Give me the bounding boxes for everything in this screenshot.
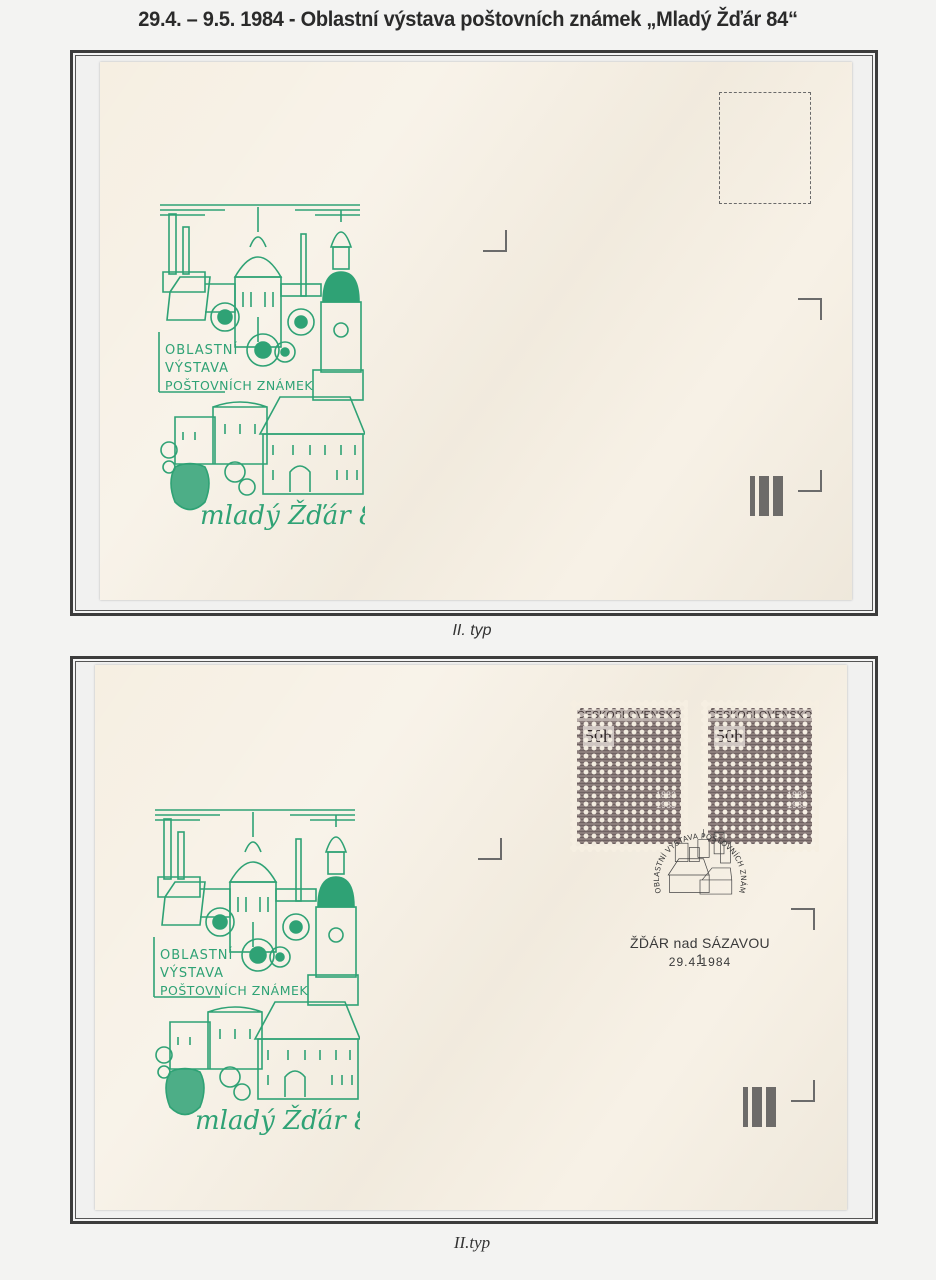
stamp-years: 18831983 bbox=[656, 790, 676, 810]
stamp-country: ČESKOSLOVENSKO bbox=[708, 709, 812, 721]
stamp-value: 50h bbox=[583, 726, 614, 747]
svg-text:mladý Žďár 84: mladý Žďár 84 bbox=[200, 499, 365, 531]
postal-code-bars bbox=[743, 1087, 776, 1127]
stamp-years: 18831983 bbox=[787, 790, 807, 810]
exhibition-cachet: OBLASTNÍ VÝSTAVA POŠTOVNÍCH ZNÁMEK mladý… bbox=[155, 202, 365, 532]
stamp-value: 50h bbox=[714, 726, 745, 747]
svg-text:OBLASTNÍ: OBLASTNÍ bbox=[160, 947, 233, 963]
stamp-placeholder-box bbox=[719, 92, 811, 204]
address-corner-mark bbox=[798, 470, 822, 492]
exhibition-cachet: OBLASTNÍ VÝSTAVA POŠTOVNÍCH ZNÁMEK mladý… bbox=[150, 807, 360, 1137]
svg-text:VÝSTAVA: VÝSTAVA bbox=[160, 965, 224, 981]
postal-code-bars bbox=[750, 476, 783, 516]
svg-text:VÝSTAVA: VÝSTAVA bbox=[165, 360, 229, 376]
address-corner-mark bbox=[791, 908, 815, 930]
svg-text:OBLASTNÍ VÝSTAVA POŠTOVNÍCH ZN: OBLASTNÍ VÝSTAVA POŠTOVNÍCH ZNÁMEK MLADÝ… bbox=[644, 815, 748, 895]
svg-text:mladý Žďár 84: mladý Žďár 84 bbox=[195, 1104, 360, 1136]
cover-caption-2: II.typ bbox=[372, 1233, 572, 1253]
svg-text:POŠTOVNÍCH ZNÁMEK: POŠTOVNÍCH ZNÁMEK bbox=[165, 378, 313, 393]
address-corner-mark bbox=[791, 1080, 815, 1102]
envelope-1: OBLASTNÍ VÝSTAVA POŠTOVNÍCH ZNÁMEK mladý… bbox=[100, 62, 852, 600]
address-corner-mark bbox=[483, 230, 507, 252]
postmark-ring: OBLASTNÍ VÝSTAVA POŠTOVNÍCH ZNÁMEK MLADÝ… bbox=[625, 815, 775, 935]
commemorative-postmark: OBLASTNÍ VÝSTAVA POŠTOVNÍCH ZNÁMEK MLADÝ… bbox=[625, 815, 775, 985]
svg-text:POŠTOVNÍCH ZNÁMEK: POŠTOVNÍCH ZNÁMEK bbox=[160, 983, 308, 998]
svg-text:OBLASTNÍ: OBLASTNÍ bbox=[165, 342, 238, 358]
address-corner-mark bbox=[798, 298, 822, 320]
cover-caption-1: II. typ bbox=[372, 622, 572, 640]
postmark-date: 29.4.1984 bbox=[625, 955, 775, 969]
address-corner-mark bbox=[478, 838, 502, 860]
cachet-illustration: OBLASTNÍ VÝSTAVA POŠTOVNÍCH ZNÁMEK mladý… bbox=[150, 807, 360, 1137]
cachet-illustration: OBLASTNÍ VÝSTAVA POŠTOVNÍCH ZNÁMEK mladý… bbox=[155, 202, 365, 532]
stamp-country: ČESKOSLOVENSKO bbox=[577, 709, 681, 721]
page-title: 29.4. – 9.5. 1984 - Oblastní výstava poš… bbox=[33, 7, 903, 32]
envelope-2: OBLASTNÍ VÝSTAVA POŠTOVNÍCH ZNÁMEK mladý… bbox=[95, 665, 847, 1210]
